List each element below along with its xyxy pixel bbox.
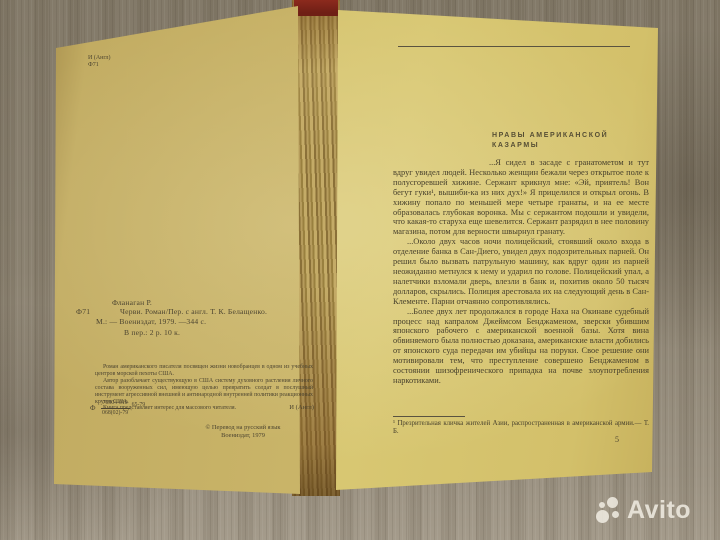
entry-line-2: М.: — Воениздат, 1979. —344 с. [96,317,312,326]
body-paragraph: ...Более двух лет продолжался в городе Н… [393,307,649,386]
title-entry: Черви. Роман/Пер. с англ. Т. К. Белащенк… [120,307,267,316]
catalog-code-numerator: 70304-010 [101,400,130,409]
left-page-corner-index: И (Англ) Ф71 [88,55,111,69]
language-index: И (Англ) [289,405,314,412]
body-paragraph: ...Я сидел в засаде с гранатометом и тут… [393,158,649,237]
copyright-block: © Перевод на русский язык Воениздат, 197… [168,424,318,440]
publisher-mark: Ф [90,405,96,412]
catalog-code-fraction: 70304-010 068(02)-79 [101,400,130,416]
price-line: В пер.: 2 р. 10 к. [124,328,312,337]
chapter-heading-line-2: КАЗАРМЫ [492,141,608,151]
annotation-paragraph: Роман американского писателя посвящен жи… [95,364,313,378]
header-rule [398,46,630,47]
copyright-line-2: Воениздат, 1979 [168,432,318,440]
body-text: ...Я сидел в засаде с гранатометом и тут… [393,158,649,386]
catalog-card: Фланаган Р. Ф71Черви. Роман/Пер. с англ.… [76,298,312,338]
book-spine-red-cover [294,0,338,16]
body-paragraph: ...Около двух часов ночи полицейский, ст… [393,237,649,306]
avito-watermark: Avito [596,496,691,525]
avito-logo-icon [596,496,622,525]
imprint-code-row: Ф 70304-010 068(02)-79 65-79 И (Англ) [90,400,314,416]
entry-line-1: Ф71Черви. Роман/Пер. с англ. Т. К. Белащ… [76,307,312,316]
author-line: Фланаган Р. [112,298,312,307]
page-number: 5 [615,435,619,444]
corner-index-line: И (Англ) [88,55,111,62]
catalog-code-denominator: 068(02)-79 [101,409,130,417]
shelf-mark: Ф71 [76,307,120,316]
footnote-rule [393,416,465,417]
chapter-heading: НРАВЫ АМЕРИКАНСКОЙ КАЗАРМЫ [492,131,608,150]
avito-watermark-label: Avito [627,496,691,525]
chapter-heading-line-1: НРАВЫ АМЕРИКАНСКОЙ [492,131,608,141]
copyright-line-1: © Перевод на русский язык [168,424,318,432]
corner-code-line: Ф71 [88,62,111,69]
footnote-text: ¹ Презрительная кличка жителей Азии, рас… [393,420,649,436]
catalog-code-suffix: 65-79 [132,402,146,409]
